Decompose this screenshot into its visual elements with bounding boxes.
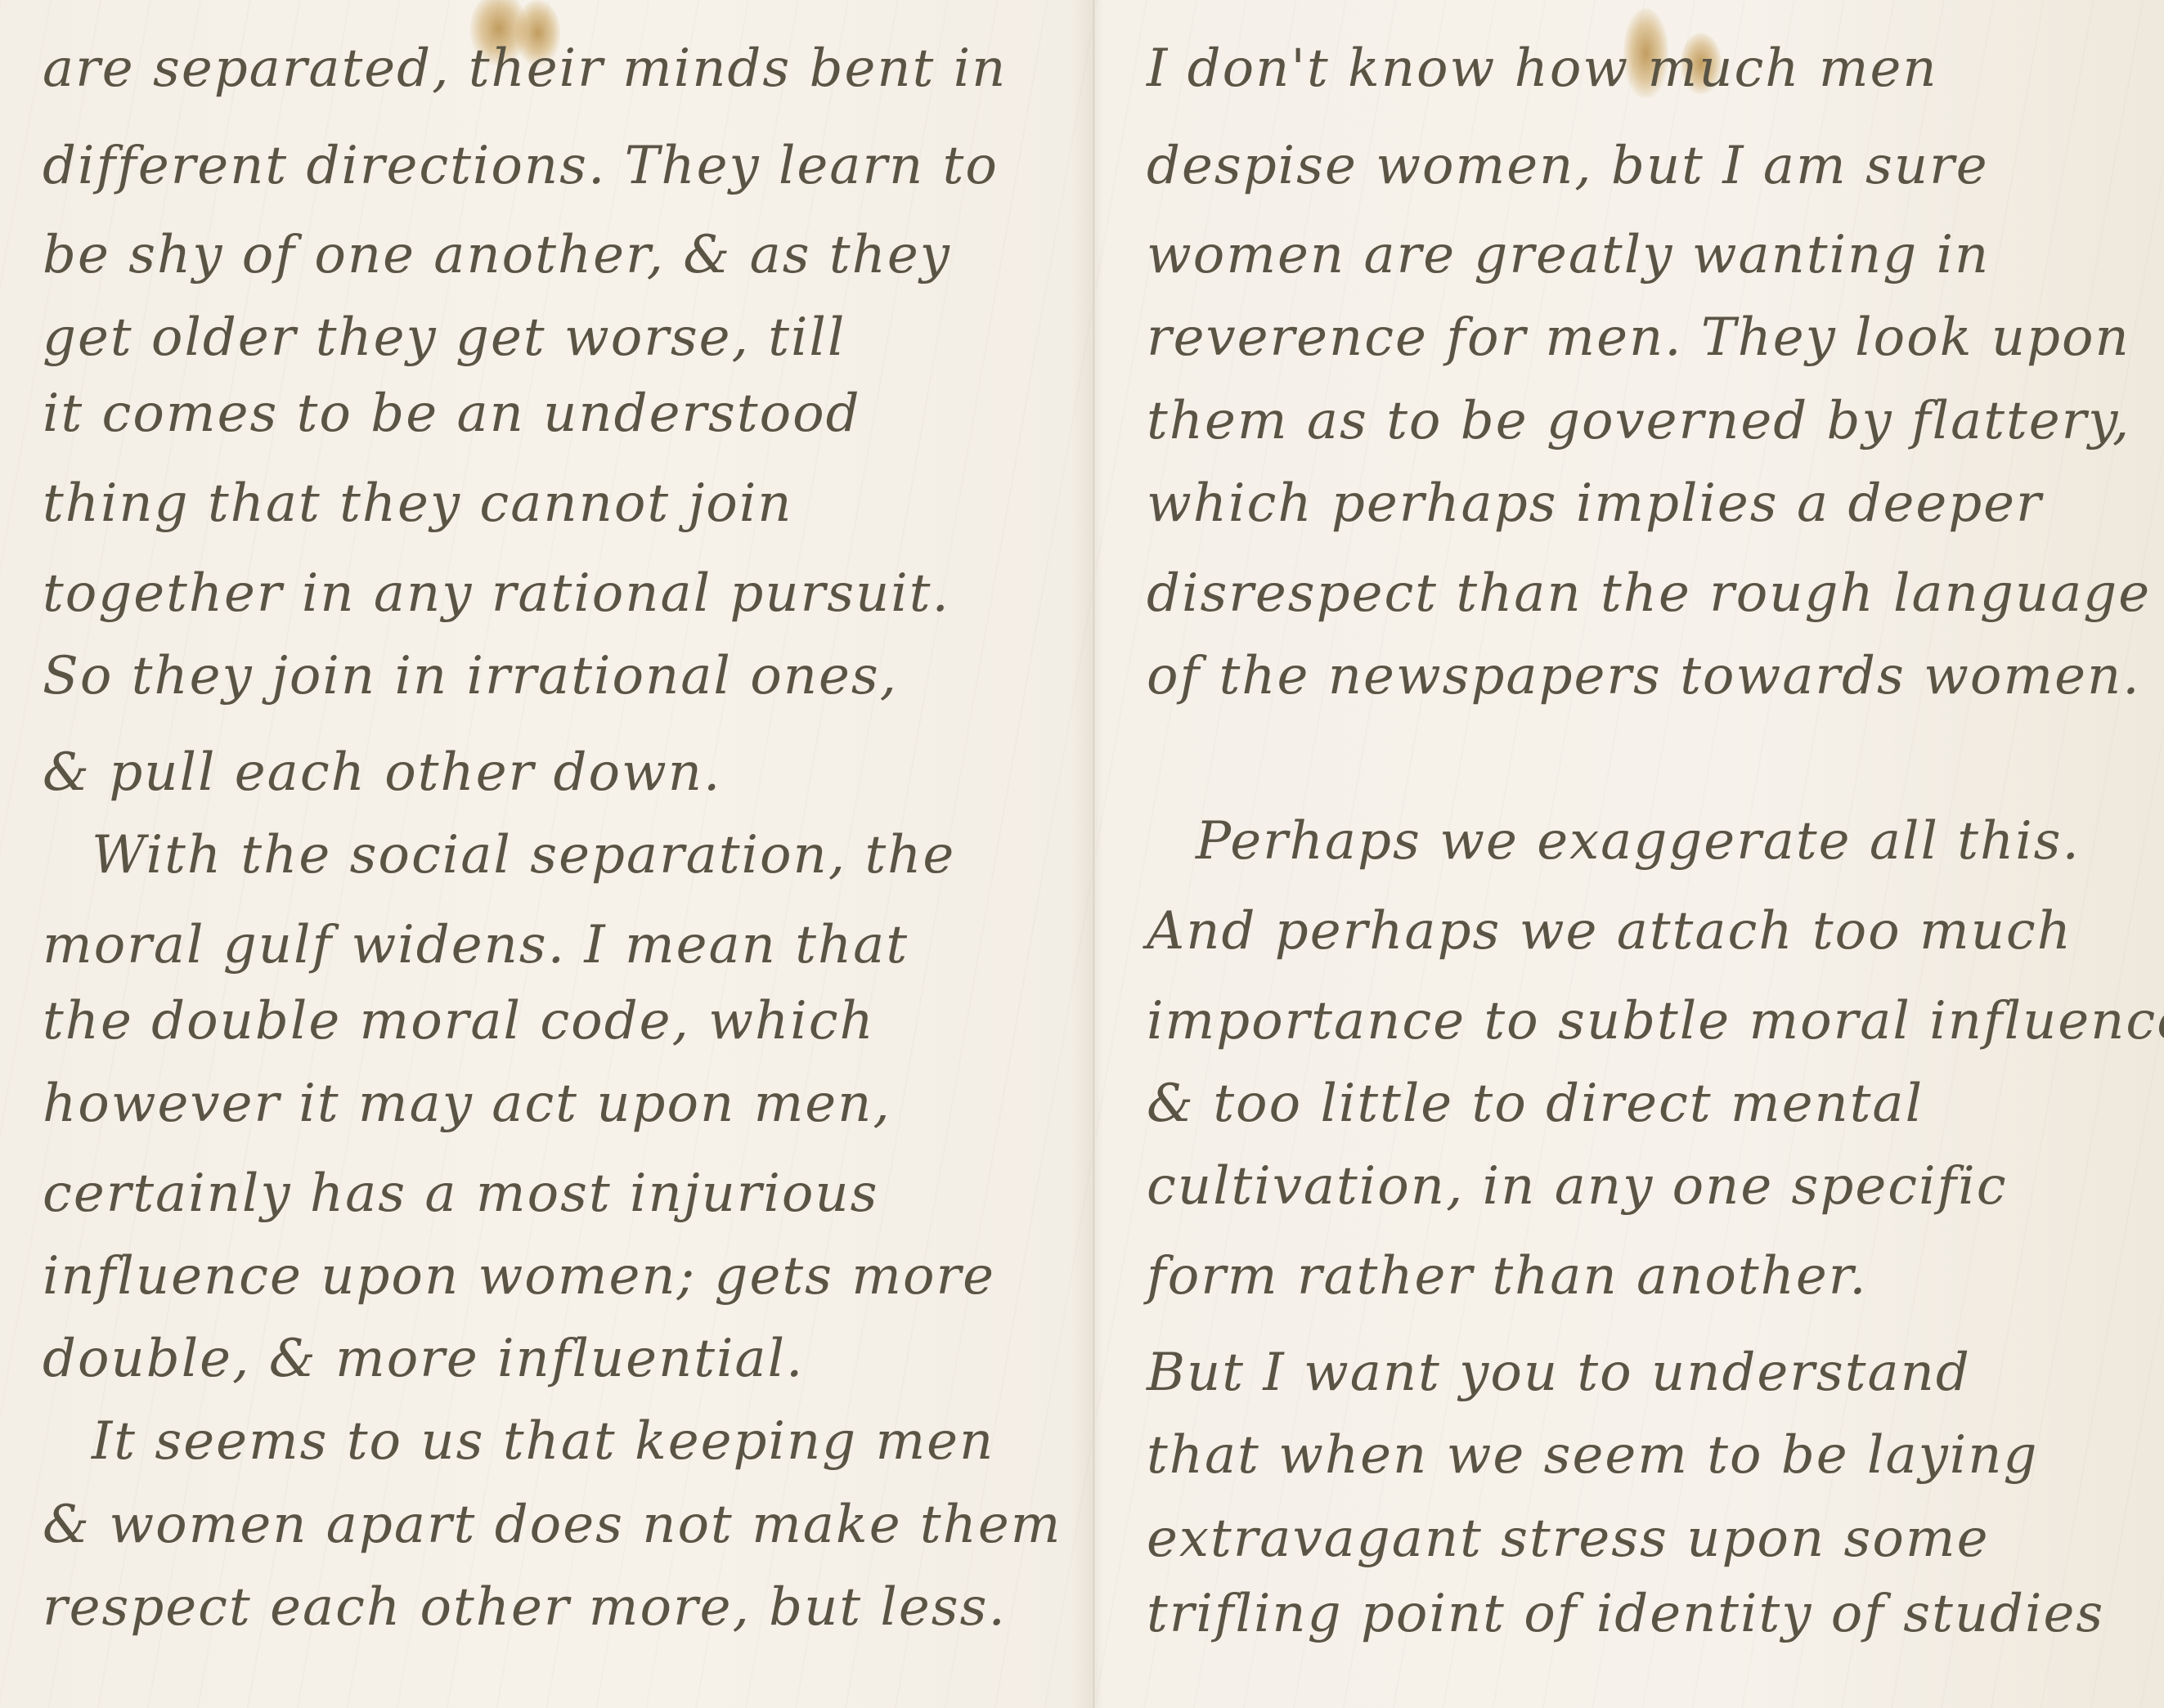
handwritten-line: however it may act upon men, [43, 1078, 891, 1130]
handwritten-line: them as to be governed by flattery, [1147, 395, 2130, 447]
handwritten-line: form rather than another. [1147, 1250, 1868, 1302]
handwritten-line: importance to subtle moral influences [1147, 995, 2164, 1047]
handwritten-line: With the social separation, the [43, 829, 955, 881]
handwritten-line: certainly has a most injurious [43, 1168, 878, 1220]
handwritten-line: the double moral code, which [43, 995, 875, 1047]
handwritten-line: together in any rational pursuit. [43, 567, 950, 620]
handwritten-line: different directions. They learn to [43, 140, 999, 192]
handwritten-line: trifling point of identity of studies [1147, 1588, 2104, 1640]
handwritten-line: So they join in irrational ones, [43, 650, 898, 702]
handwritten-line: I don't know how much men [1147, 43, 1938, 95]
center-fold [1093, 0, 1095, 1708]
handwritten-line: Perhaps we exaggerate all this. [1147, 815, 2081, 867]
handwritten-line: disrespect than the rough language [1147, 567, 2151, 620]
handwritten-line: extravagant stress upon some [1147, 1513, 1989, 1565]
handwritten-line: despise women, but I am sure [1147, 140, 1989, 192]
handwritten-line: & pull each other down. [43, 746, 721, 799]
left-page: are separated, their minds bent in diffe… [0, 0, 1093, 1708]
handwritten-line: thing that they cannot join [43, 477, 793, 530]
handwritten-line: it comes to be an understood [43, 388, 861, 440]
handwritten-line: And perhaps we attach too much [1147, 905, 2072, 957]
handwritten-line: moral gulf widens. I mean that [43, 919, 909, 971]
handwritten-line: But I want you to understand [1147, 1347, 1971, 1399]
letter-spread: are separated, their minds bent in diffe… [0, 0, 2164, 1708]
handwritten-line: cultivation, in any one specific [1147, 1160, 2008, 1213]
handwritten-line: that when we seem to be laying [1147, 1429, 2038, 1482]
handwritten-line: women are greatly wanting in [1147, 229, 1990, 281]
handwritten-line: of the newspapers towards women. [1147, 650, 2141, 702]
handwritten-line: influence upon women; gets more [43, 1250, 995, 1302]
handwritten-line: It seems to us that keeping men [43, 1415, 994, 1468]
handwritten-line: are separated, their minds bent in [43, 43, 1007, 95]
right-page: I don't know how much men despise women,… [1096, 0, 2164, 1708]
handwritten-line: & women apart does not make them [43, 1499, 1062, 1551]
handwritten-line: which perhaps implies a deeper [1147, 477, 2043, 530]
handwritten-line: & too little to direct mental [1147, 1078, 1924, 1130]
handwritten-line: double, & more influential. [43, 1333, 804, 1385]
handwritten-line: get older they get worse, till [43, 312, 846, 364]
handwritten-line: respect each other more, but less. [43, 1581, 1007, 1634]
handwritten-line: reverence for men. They look upon [1147, 312, 2130, 364]
handwritten-line: be shy of one another, & as they [43, 229, 951, 281]
